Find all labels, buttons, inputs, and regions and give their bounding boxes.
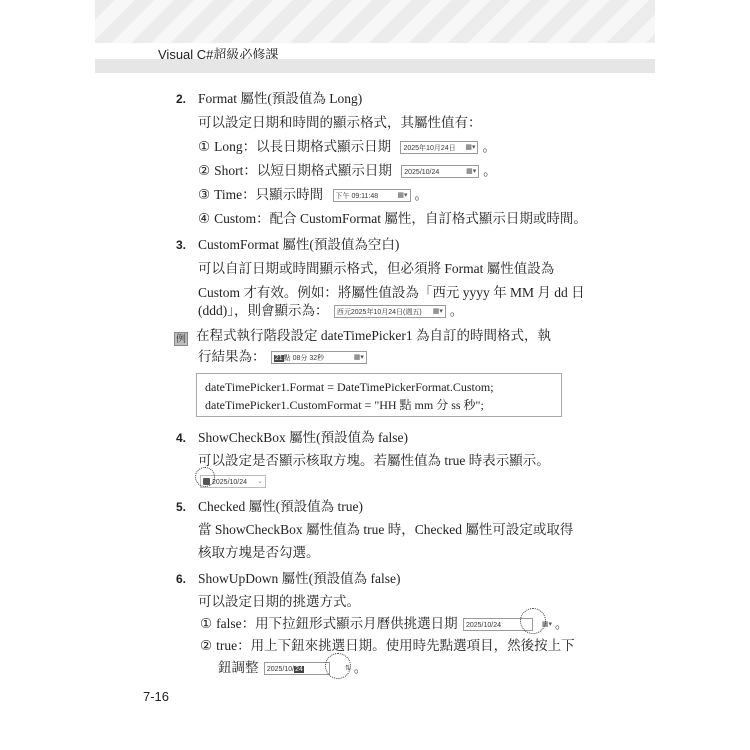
option-marker: ① [198, 138, 210, 156]
example-line: 例在程式執行階段設定 dateTimePicker1 為自訂的時間格式，執 [174, 327, 551, 346]
example-text: 在程式執行階段設定 dateTimePicker1 為自訂的時間格式，執 [196, 328, 551, 343]
section-title: Checked 屬性(預設值為 true) [198, 498, 363, 516]
calendar-dropdown-icon[interactable]: ▦▾ [462, 167, 476, 176]
section-description: 可以設定日期的挑選方式。 [198, 593, 360, 611]
option-text: true：用上下鈕來挑選日期。使用時先點選項目，然後按上下 [216, 638, 575, 653]
picker-value: 點 08分 32秒 [284, 355, 324, 362]
option-text: 鈕調整 [218, 660, 259, 675]
option-marker: ④ [198, 210, 210, 228]
section-number: 6. [176, 572, 186, 586]
code-block: dateTimePicker1.Format = DateTimePickerF… [196, 373, 562, 417]
option-text: Time：只顯示時間 [214, 187, 323, 202]
example-text: 行結果為： [198, 349, 266, 364]
section-line: 核取方塊是否勾選。 [198, 544, 320, 562]
section-description: 可以設定是否顯示核取方塊。若屬性值為 true 時表示顯示。 [198, 452, 550, 470]
section-title: CustomFormat 屬性(預設值為空白) [198, 236, 399, 254]
section-number: 2. [176, 92, 186, 106]
section-description: 可以設定日期和時間的顯示格式，其屬性值有： [198, 114, 482, 132]
picker-value: 2025/10/24 [404, 169, 439, 176]
picker-value: 下午 09:11:48 [336, 193, 379, 200]
datetimepicker-long[interactable]: 2025年10月24日▦▾ [400, 141, 478, 154]
section-title: ShowUpDown 屬性(預設值為 false) [198, 570, 400, 588]
picker-value: 2025/10/24 [466, 622, 501, 629]
datetimepicker-custom[interactable]: 西元2025年10月24日(週五)▦▾ [334, 305, 446, 318]
picker-value: 2025/10/24 [212, 479, 247, 486]
calendar-dropdown-icon[interactable]: ▦▾ [429, 307, 443, 316]
section-line: 當 ShowCheckBox 屬性值為 true 時，Checked 屬性可設定… [198, 521, 573, 539]
option-text: Custom：配合 CustomFormat 屬性，自訂格式顯示日期或時間。 [214, 211, 587, 226]
option-false: ①false：用下拉鈕形式顯示月曆供挑選日期 2025/10/24▦▾。 [200, 615, 568, 633]
section-line-with-control: (ddd)」，則會顯示為： 西元2025年10月24日(週五)▦▾。 [198, 302, 463, 320]
calendar-dropdown-icon[interactable]: ▦▾ [350, 353, 364, 362]
datetimepicker-example[interactable]: 21點 08分 32秒▦▾ [271, 351, 367, 364]
picker-value: 西元2025年10月24日(週五) [337, 309, 422, 316]
period: 。 [415, 187, 428, 202]
option-time: ③Time：只顯示時間 下午 09:11:48▦▾。 [198, 186, 428, 204]
period: 。 [482, 139, 495, 154]
option-marker: ① [200, 615, 212, 633]
chevron-down-icon[interactable]: ⌄ [249, 477, 263, 486]
option-true: ②true：用上下鈕來挑選日期。使用時先點選項目，然後按上下 [200, 637, 575, 655]
picker-value: 2025年10月24日 [403, 145, 455, 152]
section-number: 3. [176, 238, 186, 252]
option-text: false：用下拉鈕形式顯示月曆供挑選日期 [216, 616, 457, 631]
option-marker: ② [198, 162, 210, 180]
section-title: Format 屬性(預設值為 Long) [198, 90, 362, 108]
calendar-dropdown-icon[interactable]: ▦▾ [461, 143, 475, 152]
highlight-circle [325, 653, 351, 679]
selected-field: 24 [294, 666, 304, 673]
header-band [95, 59, 655, 73]
option-marker: ② [200, 637, 212, 655]
option-custom: ④Custom：配合 CustomFormat 屬性，自訂格式顯示日期或時間。 [198, 210, 587, 228]
section-number: 4. [176, 431, 186, 445]
example-icon: 例 [174, 332, 188, 346]
period: 。 [354, 660, 367, 675]
period: 。 [450, 303, 463, 318]
highlight-circle [520, 608, 546, 634]
selected-field: 21 [274, 355, 284, 362]
calendar-dropdown-icon[interactable]: ▦▾ [394, 191, 408, 200]
picker-value: 2025/10/ [267, 666, 294, 673]
section-line: 可以自訂日期或時間顯示格式，但必須將 Format 屬性值設為 [198, 260, 554, 278]
section-title: ShowCheckBox 屬性(預設值為 false) [198, 429, 408, 447]
option-text: Long：以長日期格式顯示日期 [214, 139, 391, 154]
datetimepicker-updown[interactable]: 2025/10/24⇅ [264, 662, 330, 675]
code-line: dateTimePicker1.CustomFormat = "HH 點 mm … [205, 396, 484, 413]
page-number: 7-16 [143, 689, 169, 704]
section-line: Custom 才有效。例如：將屬性值設為「西元 yyyy 年 MM 月 dd 日 [198, 284, 585, 302]
period: 。 [555, 616, 568, 631]
section-number: 5. [176, 500, 186, 514]
option-marker: ③ [198, 186, 210, 204]
period: 。 [483, 163, 496, 178]
datetimepicker-time[interactable]: 下午 09:11:48▦▾ [333, 189, 411, 202]
option-short: ②Short：以短日期格式顯示日期 2025/10/24▦▾。 [198, 162, 496, 180]
option-long: ①Long：以長日期格式顯示日期 2025年10月24日▦▾。 [198, 138, 496, 156]
option-text: Short：以短日期格式顯示日期 [214, 163, 392, 178]
highlight-circle [195, 467, 215, 487]
header-stripes [95, 0, 655, 43]
code-line: dateTimePicker1.Format = DateTimePickerF… [205, 380, 494, 395]
section-line: (ddd)」，則會顯示為： [198, 303, 329, 318]
example-line: 行結果為： 21點 08分 32秒▦▾ [198, 348, 367, 366]
datetimepicker-short[interactable]: 2025/10/24▦▾ [401, 165, 479, 178]
